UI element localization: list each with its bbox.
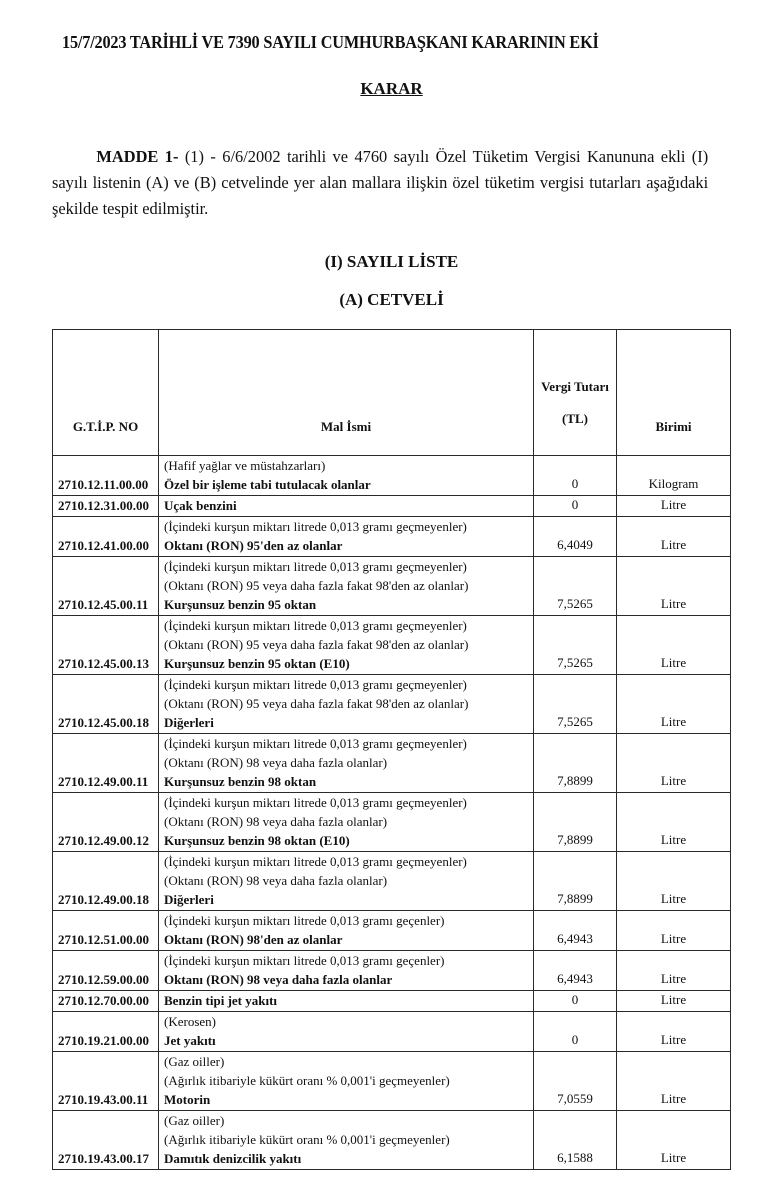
birimi-cell: Litre [617, 852, 731, 911]
table-row: 2710.12.59.00.00(İçindeki kurşun miktarı… [53, 951, 731, 991]
item-name: Damıtık denizcilik yakıtı [164, 1149, 529, 1168]
header-mal-ismi: Mal İsmi [159, 330, 534, 456]
item-qualifier: (İçindeki kurşun miktarı litrede 0,013 g… [164, 557, 529, 576]
vergi-tutari-cell: 7,0559 [534, 1052, 617, 1111]
birimi-cell: Litre [617, 557, 731, 616]
item-name: Kurşunsuz benzin 95 oktan (E10) [164, 654, 529, 673]
table-row: 2710.12.45.00.11(İçindeki kurşun miktarı… [53, 557, 731, 616]
item-name: Benzin tipi jet yakıtı [164, 991, 529, 1010]
karar-heading: KARAR [0, 79, 783, 99]
item-name: Oktanı (RON) 98'den az olanlar [164, 930, 529, 949]
document-title: 15/7/2023 TARİHLİ VE 7390 SAYILI CUMHURB… [62, 32, 783, 53]
table-row: 2710.19.43.00.17(Gaz oiller)(Ağırlık iti… [53, 1111, 731, 1170]
table-row: 2710.12.11.00.00(Hafif yağlar ve müstahz… [53, 456, 731, 496]
gtip-cell: 2710.12.11.00.00 [53, 456, 159, 496]
birimi-cell: Litre [617, 1052, 731, 1111]
mal-ismi-cell: (İçindeki kurşun miktarı litrede 0,013 g… [159, 675, 534, 734]
birimi-cell: Litre [617, 1012, 731, 1052]
item-name: Oktanı (RON) 95'den az olanlar [164, 536, 529, 555]
item-qualifier: (İçindeki kurşun miktarı litrede 0,013 g… [164, 517, 529, 536]
vergi-tutari-cell: 7,8899 [534, 793, 617, 852]
item-qualifier: (Kerosen) [164, 1012, 529, 1031]
birimi-cell: Litre [617, 517, 731, 557]
mal-ismi-cell: (Kerosen)Jet yakıtı [159, 1012, 534, 1052]
mal-ismi-cell: (İçindeki kurşun miktarı litrede 0,013 g… [159, 852, 534, 911]
item-qualifier: (Oktanı (RON) 98 veya daha fazla olanlar… [164, 812, 529, 831]
item-qualifier: (Oktanı (RON) 98 veya daha fazla olanlar… [164, 753, 529, 772]
item-name: Özel bir işleme tabi tutulacak olanlar [164, 475, 529, 494]
gtip-cell: 2710.12.45.00.18 [53, 675, 159, 734]
vergi-tutari-cell: 6,4943 [534, 951, 617, 991]
vergi-tutari-cell: 0 [534, 991, 617, 1012]
vergi-tutari-cell: 7,5265 [534, 675, 617, 734]
birimi-cell: Litre [617, 496, 731, 517]
mal-ismi-cell: (İçindeki kurşun miktarı litrede 0,013 g… [159, 734, 534, 793]
gtip-cell: 2710.12.59.00.00 [53, 951, 159, 991]
birimi-cell: Litre [617, 991, 731, 1012]
item-name: Motorin [164, 1090, 529, 1109]
mal-ismi-cell: (Hafif yağlar ve müstahzarları)Özel bir … [159, 456, 534, 496]
table-row: 2710.12.51.00.00(İçindeki kurşun miktarı… [53, 911, 731, 951]
gtip-cell: 2710.12.49.00.12 [53, 793, 159, 852]
gtip-cell: 2710.12.45.00.13 [53, 616, 159, 675]
gtip-cell: 2710.19.43.00.11 [53, 1052, 159, 1111]
item-name: Uçak benzini [164, 496, 529, 515]
item-name: Diğerleri [164, 890, 529, 909]
item-qualifier: (İçindeki kurşun miktarı litrede 0,013 g… [164, 675, 529, 694]
item-qualifier: (Oktanı (RON) 95 veya daha fazla fakat 9… [164, 694, 529, 713]
gtip-cell: 2710.12.49.00.18 [53, 852, 159, 911]
header-birimi: Birimi [617, 330, 731, 456]
gtip-cell: 2710.12.41.00.00 [53, 517, 159, 557]
article-paragraph: MADDE 1- (1) - 6/6/2002 tarihli ve 4760 … [52, 144, 708, 222]
item-qualifier: (İçindeki kurşun miktarı litrede 0,013 g… [164, 616, 529, 635]
mal-ismi-cell: (Gaz oiller)(Ağırlık itibariyle kükürt o… [159, 1111, 534, 1170]
table-row: 2710.12.31.00.00Uçak benzini0Litre [53, 496, 731, 517]
mal-ismi-cell: Uçak benzini [159, 496, 534, 517]
birimi-cell: Litre [617, 616, 731, 675]
list-title: (I) SAYILI LİSTE [0, 252, 783, 272]
item-qualifier: (Oktanı (RON) 95 veya daha fazla fakat 9… [164, 576, 529, 595]
table-row: 2710.12.49.00.11(İçindeki kurşun miktarı… [53, 734, 731, 793]
gtip-cell: 2710.12.51.00.00 [53, 911, 159, 951]
table-row: 2710.12.49.00.12(İçindeki kurşun miktarı… [53, 793, 731, 852]
item-name: Oktanı (RON) 98 veya daha fazla olanlar [164, 970, 529, 989]
cetvel-title: (A) CETVELİ [0, 290, 783, 310]
vergi-tutari-cell: 7,8899 [534, 852, 617, 911]
item-qualifier: (İçindeki kurşun miktarı litrede 0,013 g… [164, 852, 529, 871]
madde-label: MADDE 1- [96, 147, 178, 166]
mal-ismi-cell: (İçindeki kurşun miktarı litrede 0,013 g… [159, 616, 534, 675]
table-row: 2710.12.45.00.13(İçindeki kurşun miktarı… [53, 616, 731, 675]
mal-ismi-cell: Benzin tipi jet yakıtı [159, 991, 534, 1012]
item-qualifier: (İçindeki kurşun miktarı litrede 0,013 g… [164, 793, 529, 812]
vergi-tutari-cell: 0 [534, 456, 617, 496]
birimi-cell: Litre [617, 951, 731, 991]
item-qualifier: (Ağırlık itibariyle kükürt oranı % 0,001… [164, 1130, 529, 1149]
table-row: 2710.12.45.00.18(İçindeki kurşun miktarı… [53, 675, 731, 734]
item-qualifier: (Gaz oiller) [164, 1052, 529, 1071]
header-vergi-tutari: Vergi Tutarı(TL) [534, 330, 617, 456]
table-row: 2710.12.70.00.00Benzin tipi jet yakıtı0L… [53, 991, 731, 1012]
vergi-tutari-cell: 0 [534, 1012, 617, 1052]
mal-ismi-cell: (İçindeki kurşun miktarı litrede 0,013 g… [159, 951, 534, 991]
birimi-cell: Litre [617, 734, 731, 793]
birimi-cell: Litre [617, 1111, 731, 1170]
gtip-cell: 2710.19.21.00.00 [53, 1012, 159, 1052]
birimi-cell: Litre [617, 911, 731, 951]
table-row: 2710.19.21.00.00(Kerosen)Jet yakıtı0Litr… [53, 1012, 731, 1052]
mal-ismi-cell: (İçindeki kurşun miktarı litrede 0,013 g… [159, 557, 534, 616]
table-row: 2710.12.41.00.00(İçindeki kurşun miktarı… [53, 517, 731, 557]
header-vergi-line1: Vergi Tutarı [541, 379, 609, 394]
gtip-cell: 2710.19.43.00.17 [53, 1111, 159, 1170]
mal-ismi-cell: (İçindeki kurşun miktarı litrede 0,013 g… [159, 517, 534, 557]
vergi-tutari-cell: 0 [534, 496, 617, 517]
tax-table: G.T.İ.P. NO Mal İsmi Vergi Tutarı(TL) Bi… [52, 329, 731, 1170]
item-qualifier: (Oktanı (RON) 98 veya daha fazla olanlar… [164, 871, 529, 890]
item-qualifier: (Ağırlık itibariyle kükürt oranı % 0,001… [164, 1071, 529, 1090]
item-name: Kurşunsuz benzin 98 oktan (E10) [164, 831, 529, 850]
item-name: Diğerleri [164, 713, 529, 732]
birimi-cell: Kilogram [617, 456, 731, 496]
item-qualifier: (İçindeki kurşun miktarı litrede 0,013 g… [164, 911, 529, 930]
table-header-row: G.T.İ.P. NO Mal İsmi Vergi Tutarı(TL) Bi… [53, 330, 731, 456]
header-gtip: G.T.İ.P. NO [53, 330, 159, 456]
vergi-tutari-cell: 7,5265 [534, 616, 617, 675]
item-name: Kurşunsuz benzin 98 oktan [164, 772, 529, 791]
gtip-cell: 2710.12.70.00.00 [53, 991, 159, 1012]
mal-ismi-cell: (İçindeki kurşun miktarı litrede 0,013 g… [159, 911, 534, 951]
vergi-tutari-cell: 7,8899 [534, 734, 617, 793]
gtip-cell: 2710.12.31.00.00 [53, 496, 159, 517]
item-qualifier: (İçindeki kurşun miktarı litrede 0,013 g… [164, 734, 529, 753]
vergi-tutari-cell: 6,1588 [534, 1111, 617, 1170]
mal-ismi-cell: (İçindeki kurşun miktarı litrede 0,013 g… [159, 793, 534, 852]
vergi-tutari-cell: 6,4049 [534, 517, 617, 557]
birimi-cell: Litre [617, 793, 731, 852]
table-row: 2710.12.49.00.18(İçindeki kurşun miktarı… [53, 852, 731, 911]
item-qualifier: (Hafif yağlar ve müstahzarları) [164, 456, 529, 475]
table-row: 2710.19.43.00.11(Gaz oiller)(Ağırlık iti… [53, 1052, 731, 1111]
item-qualifier: (Oktanı (RON) 95 veya daha fazla fakat 9… [164, 635, 529, 654]
item-qualifier: (Gaz oiller) [164, 1111, 529, 1130]
header-vergi-line2: (TL) [562, 411, 588, 426]
gtip-cell: 2710.12.45.00.11 [53, 557, 159, 616]
vergi-tutari-cell: 6,4943 [534, 911, 617, 951]
item-name: Kurşunsuz benzin 95 oktan [164, 595, 529, 614]
mal-ismi-cell: (Gaz oiller)(Ağırlık itibariyle kükürt o… [159, 1052, 534, 1111]
vergi-tutari-cell: 7,5265 [534, 557, 617, 616]
item-name: Jet yakıtı [164, 1031, 529, 1050]
birimi-cell: Litre [617, 675, 731, 734]
gtip-cell: 2710.12.49.00.11 [53, 734, 159, 793]
item-qualifier: (İçindeki kurşun miktarı litrede 0,013 g… [164, 951, 529, 970]
